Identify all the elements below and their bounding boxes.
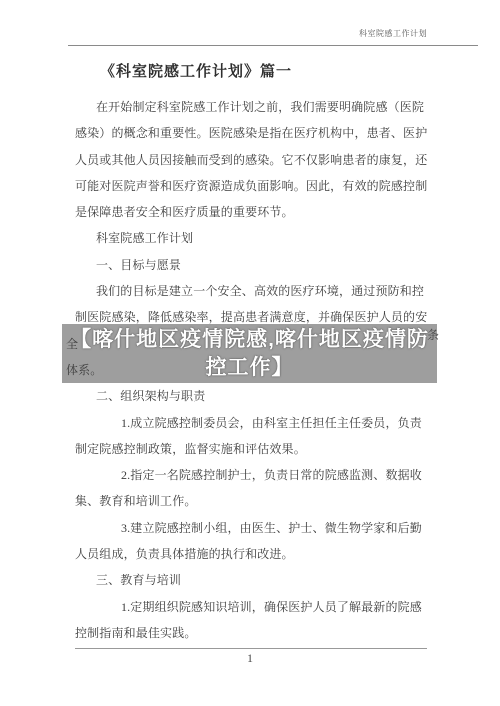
watermark-line1: 【喀什地区疫情院感,喀什地区疫情防 — [70, 326, 429, 354]
text-line: 1.定期组织院感知识培训，确保医护人员了解最新的院感 — [75, 594, 427, 620]
text-line: 我们的目标是建立一个安全、高效的医疗环境，通过预防和控 — [75, 278, 427, 304]
text-line: 控制指南和最佳实践。 — [75, 620, 427, 646]
text-line: 人员或其他人员因接触而受到的感染。它不仅影响患者的康复，还 — [75, 147, 427, 173]
header-rule — [68, 45, 478, 46]
text-line: 1.成立院感控制委员会，由科室主任担任主任委员，负责 — [75, 410, 427, 436]
text-line: 在开始制定科室院感工作计划之前，我们需要明确院感（医院 — [75, 94, 427, 120]
watermark-caption: 【喀什地区疫情院感,喀什地区疫情防 控工作】 — [62, 324, 437, 383]
text-line: 制定院感控制政策，监督实施和评估效果。 — [75, 436, 427, 462]
text-line: 二、组织架构与职责 — [75, 383, 427, 409]
document-title: 《科室院感工作计划》篇一 — [75, 58, 427, 94]
text-line: 集、教育和培训工作。 — [75, 488, 427, 514]
text-line: 感染）的概念和重要性。医院感染是指在医疗机构中，患者、医护 — [75, 120, 427, 146]
text-line: 可能对医院声誉和医疗资源造成负面影响。因此，有效的院感控制 — [75, 173, 427, 199]
text-line: 2.指定一名院感控制护士，负责日常的院感监测、数据收 — [75, 462, 427, 488]
page-header-title: 科室院感工作计划 — [359, 28, 427, 39]
text-line: 人员组成，负责具体措施的执行和改进。 — [75, 541, 427, 567]
footer-rule — [75, 648, 427, 649]
watermark-line2: 控工作】 — [206, 354, 294, 382]
text-line: 科室院感工作计划 — [75, 225, 427, 251]
text-line: 一、目标与愿景 — [75, 252, 427, 278]
text-line: 3.建立院感控制小组，由医生、护士、微生物学家和后勤 — [75, 515, 427, 541]
document-page: 科室院感工作计划 《科室院感工作计划》篇一 在开始制定科室院感工作计划之前，我们… — [0, 0, 500, 706]
text-line: 三、教育与培训 — [75, 567, 427, 593]
page-number: 1 — [0, 651, 500, 666]
text-line: 是保障患者安全和医疗质量的重要环节。 — [75, 199, 427, 225]
